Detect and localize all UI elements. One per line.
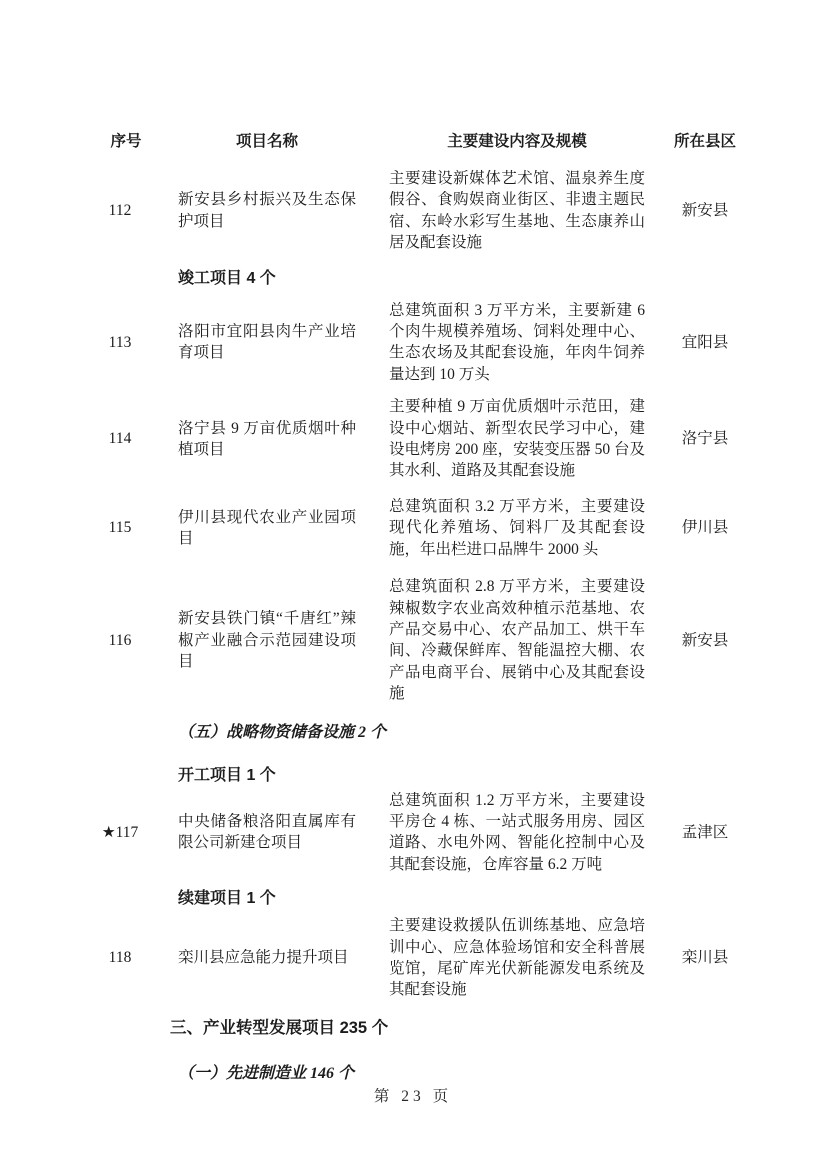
cell-project-name: 伊川县现代农业产业园项目 — [178, 507, 356, 550]
cell-seq: 113 — [88, 332, 152, 353]
cell-description: 总建筑面积 3 万平方米，主要新建 6 个肉牛规模养殖场、饲料处理中心、生态农场… — [389, 300, 645, 386]
page-number: 第 23 页 — [0, 1086, 826, 1107]
project-table: 序号 项目名称 主要建设内容及规模 所在县区 112 新安县乡村振兴及生态保护项… — [88, 132, 748, 1084]
cell-county: 孟津区 — [659, 822, 751, 843]
table-row: 114 洛宁县 9 万亩优质烟叶种植项目 主要种植 9 万亩优质烟叶示范田，建设… — [88, 396, 748, 482]
category-heading: （五）战略物资储备设施 2 个 — [178, 722, 748, 743]
cell-county: 伊川县 — [659, 517, 751, 538]
cell-project-name: 新安县乡村振兴及生态保护项目 — [178, 189, 356, 232]
cell-project-name: 洛宁县 9 万亩优质烟叶种植项目 — [178, 418, 356, 461]
table-row: 113 洛阳市宜阳县肉牛产业培育项目 总建筑面积 3 万平方米，主要新建 6 个… — [88, 300, 748, 386]
column-header-content: 主要建设内容及规模 — [389, 132, 645, 151]
cell-county: 新安县 — [659, 200, 751, 221]
category-heading: （一）先进制造业 146 个 — [178, 1063, 748, 1084]
table-row: 118 栾川县应急能力提升项目 主要建设救援队伍训练基地、应急培训中心、应急体验… — [88, 915, 748, 1001]
table-row: ★117 中央储备粮洛阳直属库有限公司新建仓项目 总建筑面积 1.2 万平方米，… — [88, 790, 748, 876]
cell-seq: 115 — [88, 517, 152, 538]
cell-county: 宜阳县 — [659, 332, 751, 353]
column-header-county: 所在县区 — [659, 132, 751, 151]
cell-description: 主要种植 9 万亩优质烟叶示范田，建设中心烟站、新型农民学习中心，建设电烤房 2… — [389, 396, 645, 482]
cell-description: 总建筑面积 1.2 万平方米，主要建设平房仓 4 栋、一站式服务用房、园区道路、… — [389, 790, 645, 876]
cell-project-name: 中央储备粮洛阳直属库有限公司新建仓项目 — [178, 811, 356, 854]
cell-description: 主要建设新媒体艺术馆、温泉养生度假谷、食购娱商业街区、非遗主题民宿、东岭水彩写生… — [389, 168, 645, 254]
stage-heading: 开工项目 1 个 — [178, 765, 748, 786]
column-header-name: 项目名称 — [178, 132, 356, 151]
table-header-row: 序号 项目名称 主要建设内容及规模 所在县区 — [88, 132, 748, 151]
part-heading: 三、产业转型发展项目 235 个 — [170, 1018, 748, 1039]
cell-county: 栾川县 — [659, 947, 751, 968]
cell-seq: 114 — [88, 428, 152, 449]
cell-project-name: 栾川县应急能力提升项目 — [178, 947, 356, 968]
stage-heading: 续建项目 1 个 — [178, 888, 748, 909]
cell-seq-starred: ★117 — [88, 822, 152, 843]
cell-project-name: 新安县铁门镇“千唐红”辣椒产业融合示范园建设项目 — [178, 608, 356, 672]
cell-seq: 112 — [88, 200, 152, 221]
table-row: 115 伊川县现代农业产业园项目 总建筑面积 3.2 万平方米，主要建设现代化养… — [88, 496, 748, 560]
cell-seq: 118 — [88, 947, 152, 968]
document-page: 序号 项目名称 主要建设内容及规模 所在县区 112 新安县乡村振兴及生态保护项… — [0, 0, 826, 1169]
cell-description: 主要建设救援队伍训练基地、应急培训中心、应急体验场馆和安全科普展览馆，尾矿库光伏… — [389, 915, 645, 1001]
table-row: 112 新安县乡村振兴及生态保护项目 主要建设新媒体艺术馆、温泉养生度假谷、食购… — [88, 168, 748, 254]
cell-seq: 116 — [88, 630, 152, 651]
cell-county: 洛宁县 — [659, 428, 751, 449]
cell-project-name: 洛阳市宜阳县肉牛产业培育项目 — [178, 321, 356, 364]
table-row: 116 新安县铁门镇“千唐红”辣椒产业融合示范园建设项目 总建筑面积 2.8 万… — [88, 576, 748, 704]
cell-description: 总建筑面积 2.8 万平方米，主要建设辣椒数字农业高效种植示范基地、农产品交易中… — [389, 576, 645, 704]
stage-heading: 竣工项目 4 个 — [178, 268, 748, 289]
column-header-seq: 序号 — [88, 132, 152, 151]
cell-county: 新安县 — [659, 630, 751, 651]
cell-description: 总建筑面积 3.2 万平方米，主要建设现代化养殖场、饲料厂及其配套设施，年出栏进… — [389, 496, 645, 560]
